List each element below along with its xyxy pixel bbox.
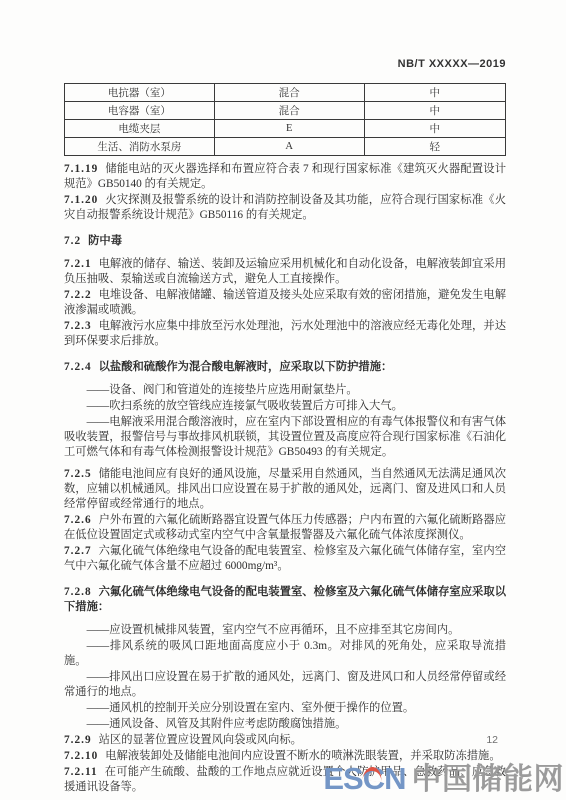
fire-hazard-table: 电抗器（室） 混合 中 电容器（室） 混合 中 电缆夹层 E 中 生活、消防水泵… [64,83,506,156]
clause-text: 以盐酸和硫酸作为混合酸电解液时，应采取以下防护措施： [99,361,393,373]
clause-number: 7.2.2 [64,289,92,301]
table-cell-area: 电容器（室） [65,102,215,120]
dash-item: ——应设置机械排风装置，室内空气不应再循环，且不应排至其它房间内。 [64,623,506,638]
section-number: 7.2 [64,235,81,247]
clause-number: 7.1.19 [64,163,98,175]
dash-item: ——排风出口应设置在易于扩散的通风处，远离门、窗及进风口和人员经常停留或经常通行… [64,670,506,700]
table-row: 电容器（室） 混合 中 [65,102,506,120]
clause-text: 电解液装卸处及储能电池间内应设置不断水的喷淋洗眼装置，并采取防冻措施。 [105,750,500,762]
clause-text: 电堆设备、电解液储罐、输送管道及接头处应采取有效的密闭措施，避免发生电解液渗漏或… [64,289,506,316]
clause-7-2-9: 7.2.9站区的显著位置应设置风向袋或风向标。 [64,733,506,748]
dash-item: ——电解液采用混合酸溶液时，应在室内下部设置相应的有毒气体报警仪和有害气体吸收装… [64,415,506,460]
doc-code: NB/T XXXXX—2019 [64,58,506,70]
clause-heading-7-2-8: 7.2.8六氟化硫气体绝缘电气设备的配电装置室、检修室及六氟化硫气体储存室应采取… [64,585,506,615]
clause-number: 7.1.20 [64,194,98,206]
clause-text: 火灾探测及报警系统的设计和消防控制设备及其功能，应符合现行国家标准《火灾自动报警… [64,194,506,221]
clause-7-1-20: 7.1.20火灾探测及报警系统的设计和消防控制设备及其功能，应符合现行国家标准《… [64,193,506,223]
dash-item: ——吹扫系统的放空管线应连接氯气吸收装置后方可排入大气。 [64,399,506,414]
clause-text: 六氟化硫气体绝缘电气设备的配电装置室、检修室及六氟化硫气体储存室，室内空气中六氟… [64,545,506,572]
table-row: 电抗器（室） 混合 中 [65,84,506,102]
dash-item: ——通风机的控制开关应分别设置在室内、室外便于操作的位置。 [64,701,506,716]
table-cell-level: 中 [364,84,505,102]
table-cell-area: 电抗器（室） [65,84,215,102]
table-cell-level: 中 [364,120,505,138]
table-row: 电缆夹层 E 中 [65,120,506,138]
clause-number: 7.2.6 [64,514,92,526]
clause-text: 储能电池间应有良好的通风设施，尽量采用自然通风，当自然通风无法满足通风次数，应辅… [64,468,506,510]
clause-number: 7.2.1 [64,258,92,270]
table-cell-area: 电缆夹层 [65,120,215,138]
clause-text: 储能电站的灭火器选择和布置应符合表 7 和现行国家标准《建筑灭火器配置设计规范》… [64,163,506,190]
table-cell-class: 混合 [214,102,364,120]
document-page: NB/T XXXXX—2019 电抗器（室） 混合 中 电容器（室） 混合 中 … [0,0,566,800]
clause-text: 户外布置的六氟化硫断路器宜设置气体压力传感器；户内布置的六氟化硫断路器应在低位设… [64,514,506,541]
clause-heading-7-2-4: 7.2.4以盐酸和硫酸作为混合酸电解液时，应采取以下防护措施： [64,360,506,375]
clause-number: 7.2.7 [64,545,92,557]
section-title: 防中毒 [88,235,122,247]
dash-item: ——通风设备、风管及其附件应考虑防酸腐蚀措施。 [64,717,506,732]
dash-item: ——排风系统的吸风口距地面高度应小于 0.3m。对排风的死角处，应采取导流措施。 [64,639,506,669]
clause-7-1-19: 7.1.19储能电站的灭火器选择和布置应符合表 7 和现行国家标准《建筑灭火器配… [64,162,506,192]
clause-number: 7.2.5 [64,468,92,480]
clause-7-2-3: 7.2.3电解液污水应集中排放至污水处理池，污水处理池中的溶液应经无毒化处理，并… [64,319,506,349]
table-row: 生活、消防水泵房 A 轻 [65,138,506,156]
table-cell-level: 中 [364,102,505,120]
table-cell-class: E [214,120,364,138]
escn-watermark-logo: ESCN中国储能网 [323,762,564,800]
clause-number: 7.2.10 [64,750,98,762]
clause-text: 电解液污水应集中排放至污水处理池，污水处理池中的溶液应经无毒化处理，并达到环保要… [64,320,506,347]
section-heading-7-2: 7.2防中毒 [64,234,506,249]
table-cell-class: A [214,138,364,156]
clause-number: 7.2.8 [64,586,92,598]
table-cell-level: 轻 [364,138,505,156]
clause-content: 7.1.19储能电站的灭火器选择和布置应符合表 7 和现行国家标准《建筑灭火器配… [64,162,506,795]
clause-number: 7.2.9 [64,734,92,746]
table-cell-class: 混合 [214,84,364,102]
clause-7-2-2: 7.2.2电堆设备、电解液储罐、输送管道及接头处应采取有效的密闭措施，避免发生电… [64,288,506,318]
clause-7-2-7: 7.2.7六氟化硫气体绝缘电气设备的配电装置室、检修室及六氟化硫气体储存室，室内… [64,544,506,574]
clause-number: 7.2.4 [64,361,92,373]
clause-7-2-1: 7.2.1电解液的储存、输送、装卸及运输应采用机械化和自动化设备，电解液装卸宜采… [64,257,506,287]
clause-number: 7.2.3 [64,320,92,332]
table-cell-area: 生活、消防水泵房 [65,138,215,156]
clause-7-2-6: 7.2.6户外布置的六氟化硫断路器宜设置气体压力传感器；户内布置的六氟化硫断路器… [64,513,506,543]
escn-logo-text: ESCN [323,762,405,796]
clause-text: 电解液的储存、输送、装卸及运输应采用机械化和自动化设备，电解液装卸宜采用负压抽吸… [64,258,506,285]
clause-number: 7.2.11 [64,766,98,778]
escn-logo-site-name: 中国储能网 [412,763,565,796]
page-number: 12 [486,734,498,746]
clause-text: 六氟化硫气体绝缘电气设备的配电装置室、检修室及六氟化硫气体储存室应采取以下措施： [64,586,506,613]
dash-item: ——设备、阀门和管道处的连接垫片应选用耐氯垫片。 [64,383,506,398]
clause-7-2-5: 7.2.5储能电池间应有良好的通风设施，尽量采用自然通风，当自然通风无法满足通风… [64,467,506,512]
clause-text: 站区的显著位置应设置风向袋或风向标。 [99,734,302,746]
